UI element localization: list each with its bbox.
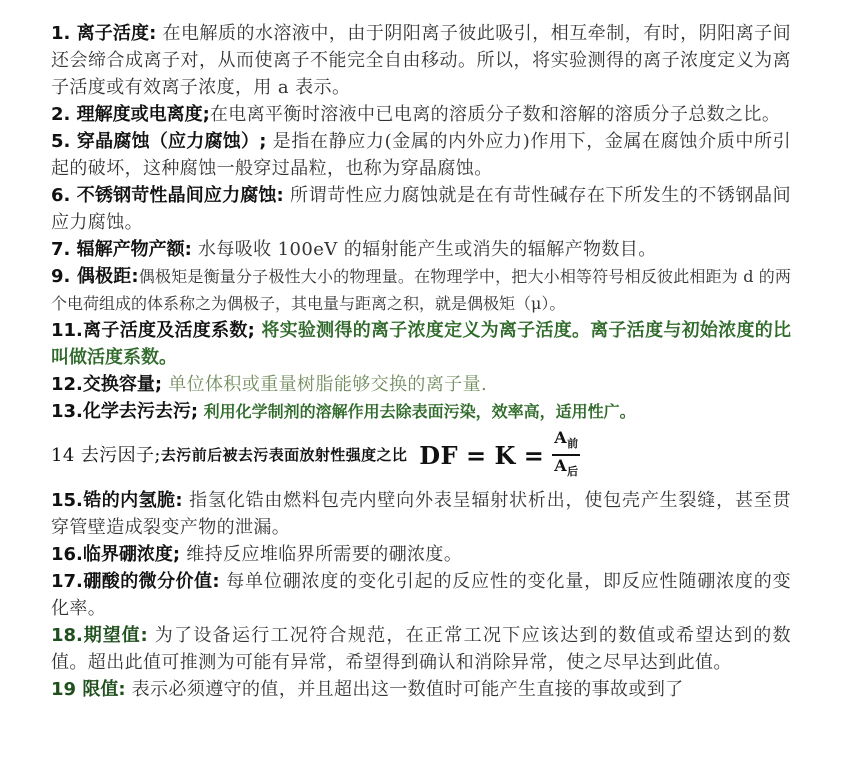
entry-text: 在电离平衡时溶液中已电离的溶质分子数和溶解的溶质分子总数之比。 <box>210 104 780 125</box>
entry-label: 12.交换容量; <box>51 374 162 395</box>
entry-label: 2. 理解度或电离度; <box>51 104 210 125</box>
entry-label: 14 去污因子; <box>51 442 161 469</box>
entry-text: 维持反应堆临界所需要的硼浓度。 <box>180 544 462 565</box>
entry-text: 利用化学制剂的溶解作用去除表面污染，效率高，适用性广。 <box>198 402 636 421</box>
document-page: 1. 离子活度: 在电解质的水溶液中，由于阴阳离子彼此吸引，相互牵制，有时，阴阳… <box>51 20 791 703</box>
entry-9: 9. 偶极距:偶极矩是衡量分子极性大小的物理量。在物理学中，把大小相等符号相反彼… <box>51 263 791 317</box>
entry-label: 15.锆的内氢脆: <box>51 490 183 511</box>
entry-14: 14 去污因子; 去污前后被去污表面放射性强度之比 DF = K = A前 A后 <box>51 427 791 483</box>
entry-text: 为了设备运行工况符合规范，在正常工况下应该达到的数值或希望达到的数值。超出此值可… <box>51 625 791 673</box>
entry-6: 6. 不锈钢苛性晶间应力腐蚀: 所谓苛性应力腐蚀就是在有苛性碱存在下所发生的不锈… <box>51 182 791 236</box>
entry-text: 单位体积或重量树脂能够交换的离子量. <box>162 374 487 395</box>
entry-label: 5. 穿晶腐蚀（应力腐蚀）; <box>51 131 266 152</box>
entry-17: 17.硼酸的微分价值: 每单位硼浓度的变化引起的反应性的变化量，即反应性随硼浓度… <box>51 568 791 622</box>
entry-label: 7. 辐解产物产额: <box>51 239 192 260</box>
entry-label: 1. 离子活度: <box>51 23 156 44</box>
entry-label: 16.临界硼浓度; <box>51 544 180 565</box>
entry-18: 18.期望值: 为了设备运行工况符合规范，在正常工况下应该达到的数值或希望达到的… <box>51 622 791 676</box>
entry-5: 5. 穿晶腐蚀（应力腐蚀）; 是指在静应力(金属的内外应力)作用下，金属在腐蚀介… <box>51 128 791 182</box>
entry-label: 9. 偶极距: <box>51 266 139 287</box>
entry-text: 去污前后被去污表面放射性强度之比 <box>161 442 407 469</box>
entry-text: 偶极矩是衡量分子极性大小的物理量。在物理学中，把大小相等符号相反彼此相距为 d … <box>51 267 791 313</box>
entry-label: 6. 不锈钢苛性晶间应力腐蚀: <box>51 185 284 206</box>
fraction-numerator: A前 <box>552 428 580 456</box>
entry-2: 2. 理解度或电离度;在电离平衡时溶液中已电离的溶质分子数和溶解的溶质分子总数之… <box>51 101 791 128</box>
entry-16: 16.临界硼浓度; 维持反应堆临界所需要的硼浓度。 <box>51 541 791 568</box>
entry-12: 12.交换容量; 单位体积或重量树脂能够交换的离子量. <box>51 371 791 398</box>
entry-11: 11.离子活度及活度系数; 将实验测得的离子浓度定义为离子活度。离子活度与初始浓… <box>51 317 791 371</box>
entry-13: 13.化学去污去污; 利用化学制剂的溶解作用去除表面污染，效率高，适用性广。 <box>51 398 791 425</box>
entry-19: 19 限值: 表示必须遵守的值，并且超出这一数值时可能产生直接的事故或到了 <box>51 676 791 703</box>
formula-lhs: DF <box>419 442 458 469</box>
entry-label: 17.硼酸的微分价值: <box>51 571 220 592</box>
entry-label: 19 限值: <box>51 679 126 700</box>
decontamination-factor-formula: DF = K = A前 A后 <box>419 428 580 482</box>
entry-label: 11.离子活度及活度系数; <box>51 320 255 341</box>
formula-fraction: A前 A后 <box>552 428 580 482</box>
formula-mid: K <box>494 442 515 469</box>
formula-equals: = <box>524 442 545 469</box>
entry-text: 水每吸收 100eV 的辐射能产生或消失的辐解产物数目。 <box>192 239 657 260</box>
entry-7: 7. 辐解产物产额: 水每吸收 100eV 的辐射能产生或消失的辐解产物数目。 <box>51 236 791 263</box>
entry-1: 1. 离子活度: 在电解质的水溶液中，由于阴阳离子彼此吸引，相互牵制，有时，阴阳… <box>51 20 791 101</box>
fraction-denominator: A后 <box>554 456 578 482</box>
entry-text: 在电解质的水溶液中，由于阴阳离子彼此吸引，相互牵制，有时，阴阳离子间还会缔合成离… <box>51 23 791 98</box>
entry-label: 18.期望值: <box>51 625 148 646</box>
formula-equals: = <box>466 442 487 469</box>
entry-text: 表示必须遵守的值，并且超出这一数值时可能产生直接的事故或到了 <box>126 679 684 700</box>
entry-label: 13.化学去污去污; <box>51 401 198 422</box>
entry-15: 15.锆的内氢脆: 指氢化锆由燃料包壳内壁向外表呈辐射状析出，使包壳产生裂缝，甚… <box>51 487 791 541</box>
